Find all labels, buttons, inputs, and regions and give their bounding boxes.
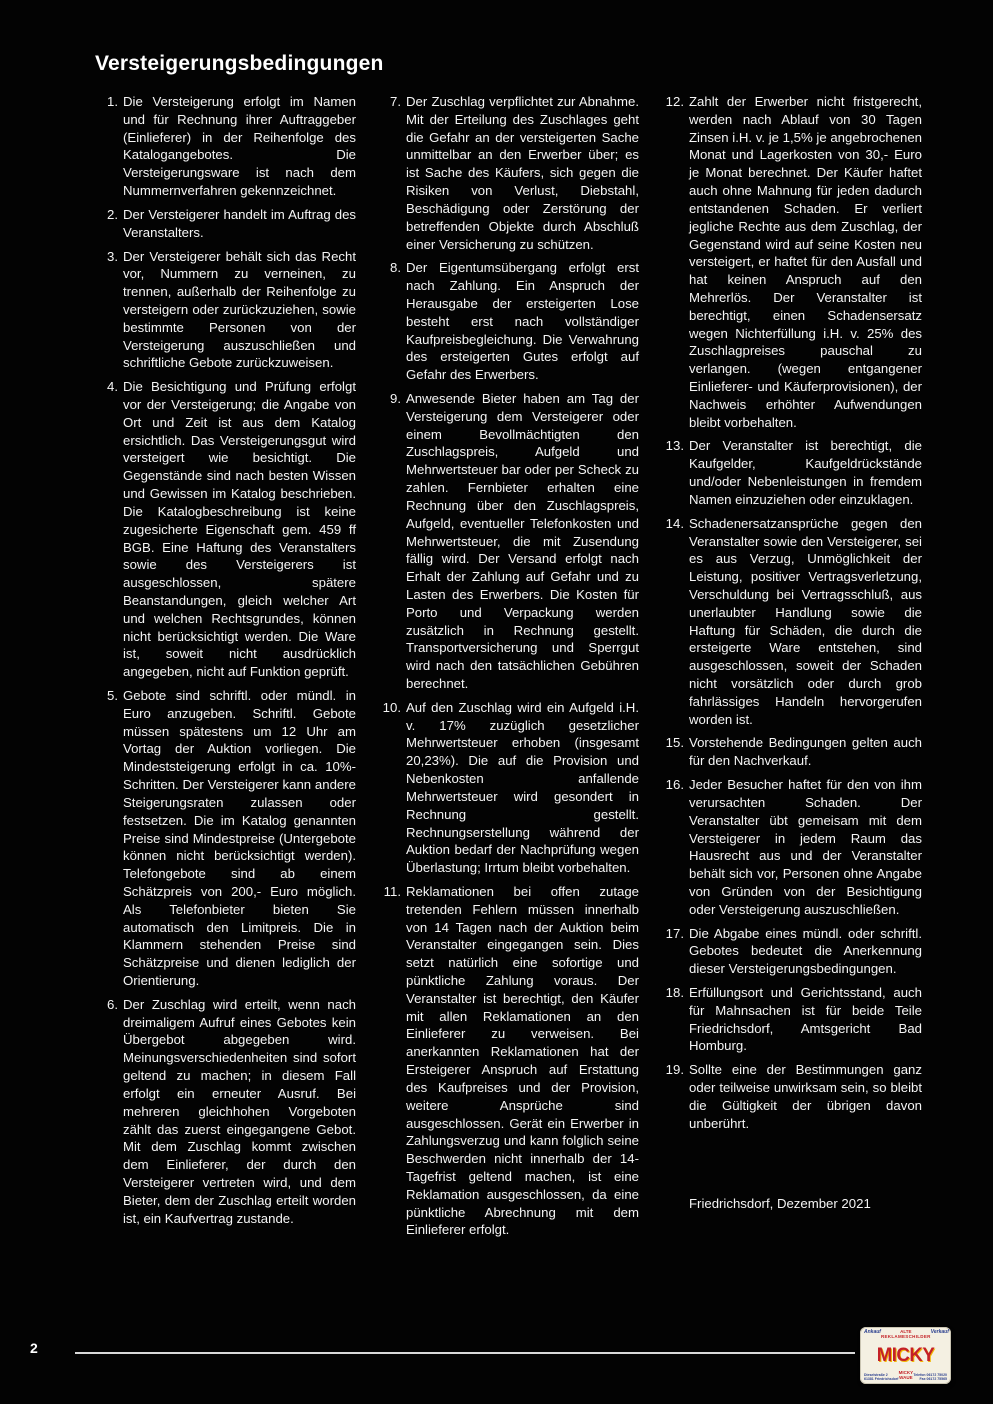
logo-address: Dieselstraße 2 61381 Friedrichsdorf [864,1373,898,1381]
terms-item: 3.Der Versteigerer behält sich das Recht… [95,248,356,373]
document-page: { "document": { "title": "Versteigerungs… [0,0,993,1404]
closing-line: Friedrichsdorf, Dezember 2021 [689,1195,922,1213]
terms-item-number: 6. [95,996,123,1228]
terms-item: 16.Jeder Besucher haftet für den von ihm… [661,776,922,919]
terms-item: 1.Die Versteigerung erfolgt im Namen und… [95,93,356,200]
logo-owner-line2: WAUE [899,1375,913,1380]
terms-item-number: 3. [95,248,123,373]
logo-subtitle-line2: REKLAMESCHILDER [881,1335,931,1340]
logo-contact: Telefon 06172 75020 Fax 06172 75565 [913,1373,947,1381]
terms-item-number: 12. [661,93,689,431]
terms-item-text: Schadenersatzansprüche gegen den Veranst… [689,515,922,729]
terms-item-number: 2. [95,206,123,242]
terms-item-text: Der Zuschlag wird erteilt, wenn nach dre… [123,996,356,1228]
logo-wordmark: MICKY [865,1347,946,1364]
terms-item-text: Der Zuschlag verpflichtet zur Abnahme. M… [406,93,639,253]
terms-item: 14.Schadenersatzansprüche gegen den Vera… [661,515,922,729]
terms-item-number: 19. [661,1061,689,1132]
terms-item: 10.Auf den Zuschlag wird ein Aufgeld i.H… [378,699,639,877]
terms-item-text: Jeder Besucher haftet für den von ihm ve… [689,776,922,919]
terms-column-2: 7.Der Zuschlag verpflichtet zur Abnahme.… [378,93,639,1245]
page-number: 2 [30,1340,38,1356]
terms-item-number: 1. [95,93,123,200]
terms-item: 13.Der Veranstalter ist berechtigt, die … [661,437,922,508]
terms-item-text: Der Eigentumsübergang erfolgt erst nach … [406,259,639,384]
terms-item: 2.Der Versteigerer handelt im Auftrag de… [95,206,356,242]
terms-item-number: 15. [661,734,689,770]
terms-item: 11.Reklamationen bei offen zutage treten… [378,883,639,1239]
footer-rule [75,1352,855,1354]
terms-item-number: 14. [661,515,689,729]
terms-item-number: 16. [661,776,689,919]
terms-column-1: 1.Die Versteigerung erfolgt im Namen und… [95,93,356,1233]
logo-owner-name: MICKY WAUE [899,1371,914,1381]
terms-item-number: 11. [378,883,406,1239]
logo-ankauf-script: Ankauf [864,1330,881,1335]
logo-subtitle: ALTE REKLAMESCHILDER [881,1330,931,1339]
terms-item-text: Anwesende Bieter haben am Tag der Verste… [406,390,639,693]
terms-item: 8.Der Eigentumsübergang erfolgt erst nac… [378,259,639,384]
terms-item: 9.Anwesende Bieter haben am Tag der Vers… [378,390,639,693]
terms-item-number: 8. [378,259,406,384]
terms-item: 4.Die Besichtigung und Prüfung erfolgt v… [95,378,356,681]
terms-item-text: Die Abgabe eines mündl. oder schriftl. G… [689,925,922,978]
terms-item: 18.Erfüllungsort und Gerichtsstand, auch… [661,984,922,1055]
terms-item-number: 13. [661,437,689,508]
logo-contact-line2: Fax 06172 75565 [920,1377,947,1381]
terms-item-number: 7. [378,93,406,253]
terms-item-text: Die Versteigerung erfolgt im Namen und f… [123,93,356,200]
terms-item-number: 9. [378,390,406,693]
terms-item: 15.Vorstehende Bedingungen gelten auch f… [661,734,922,770]
terms-item-text: Auf den Zuschlag wird ein Aufgeld i.H. v… [406,699,639,877]
terms-item: 5.Gebote sind schriftl. oder mündl. in E… [95,687,356,990]
logo-bottom-row: Dieselstraße 2 61381 Friedrichsdorf MICK… [864,1371,947,1381]
terms-item-number: 4. [95,378,123,681]
terms-item-number: 17. [661,925,689,978]
terms-item-text: Die Besichtigung und Prüfung erfolgt vor… [123,378,356,681]
terms-item-text: Der Versteigerer handelt im Auftrag des … [123,206,356,242]
terms-item-text: Zahlt der Erwerber nicht fristgerecht, w… [689,93,922,431]
terms-item-number: 18. [661,984,689,1055]
terms-item-number: 10. [378,699,406,877]
terms-column-3: 12.Zahlt der Erwerber nicht fristgerecht… [661,93,922,1212]
logo-verkauf-script: Verkauf [931,1330,949,1335]
terms-item-text: Gebote sind schriftl. oder mündl. in Eur… [123,687,356,990]
terms-item: 7.Der Zuschlag verpflichtet zur Abnahme.… [378,93,639,253]
terms-item-text: Der Veranstalter ist berechtigt, die Kau… [689,437,922,508]
terms-item-text: Der Versteigerer behält sich das Recht v… [123,248,356,373]
terms-item: 12.Zahlt der Erwerber nicht fristgerecht… [661,93,922,431]
terms-item-number: 5. [95,687,123,990]
terms-item-text: Erfüllungsort und Gerichtsstand, auch fü… [689,984,922,1055]
terms-item: 17.Die Abgabe eines mündl. oder schriftl… [661,925,922,978]
page-sheet: Versteigerungsbedingungen 1.Die Versteig… [0,0,993,1404]
terms-item: 6.Der Zuschlag wird erteilt, wenn nach d… [95,996,356,1228]
terms-item-text: Vorstehende Bedingungen gelten auch für … [689,734,922,770]
logo-top-row: Ankauf ALTE REKLAMESCHILDER Verkauf [864,1330,947,1339]
terms-columns: 1.Die Versteigerung erfolgt im Namen und… [95,93,921,1245]
terms-item: 19.Sollte eine der Bestimmungen ganz ode… [661,1061,922,1132]
terms-item-text: Sollte eine der Bestimmungen ganz oder t… [689,1061,922,1132]
micky-logo: Ankauf ALTE REKLAMESCHILDER Verkauf MICK… [860,1327,951,1384]
logo-address-line2: 61381 Friedrichsdorf [864,1377,898,1381]
page-title: Versteigerungsbedingungen [95,52,384,76]
terms-item-text: Reklamationen bei offen zutage tretenden… [406,883,639,1239]
